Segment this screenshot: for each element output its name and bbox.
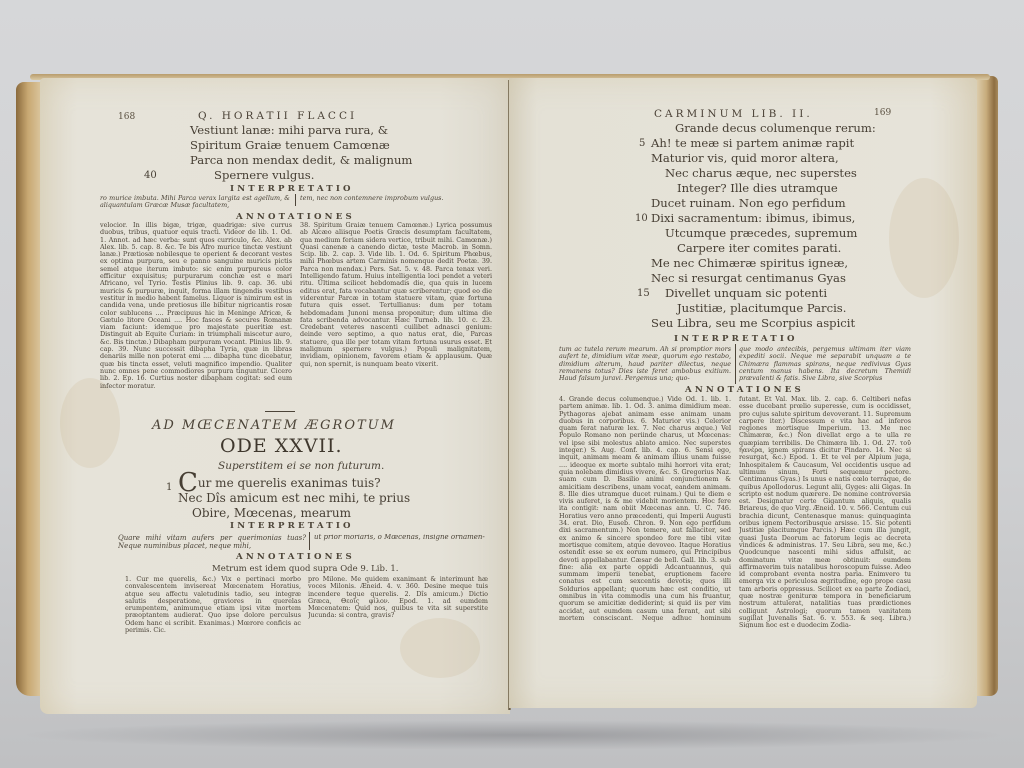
running-head: Q. HORATII FLACCI xyxy=(198,110,357,122)
paper-stain xyxy=(889,178,959,298)
verse-line: 5Ah! te meæ si partem animæ rapit xyxy=(651,136,876,151)
verse-block: Vestiunt lanæ: mihi parva rura, & Spirit… xyxy=(190,123,412,183)
ode-verse-block: 1Cur me querelis exanimas tuis? Nec Dîs … xyxy=(178,476,410,521)
section-rule xyxy=(265,411,295,412)
annotations-right-column: futant. Et Val. Max. lib. 2. cap. 6. Cel… xyxy=(739,396,911,628)
annotations-right-column: 38. Spiritum Graiæ tenuem Camœnæ.) Lyric… xyxy=(300,222,492,392)
left-page: 168 Q. HORATII FLACCI Vestiunt lanæ: mih… xyxy=(40,78,510,714)
page-number: 169 xyxy=(874,108,891,118)
annotations-left-column: velocior. In illis bigæ, trigæ, quadrigæ… xyxy=(100,222,292,405)
ode-annotationes-heading: ANNOTATIONES xyxy=(236,552,355,562)
interpretatio-text-right: que modo antecibis, pergemus ultimam ite… xyxy=(739,346,911,384)
verse-line: Parca non mendax dedit, & malignum xyxy=(190,153,412,168)
verse-line: Vestiunt lanæ: mihi parva rura, & xyxy=(190,123,412,138)
column-divider xyxy=(735,344,736,384)
verse-line: Maturior vis, quid moror altera, xyxy=(651,151,876,166)
running-head: CARMINUM LIB. II. xyxy=(654,108,813,120)
verse-line: Integer? Ille dies utramque xyxy=(651,181,876,196)
ode-dedication: AD MŒCENATEM ÆGROTUM xyxy=(152,418,396,433)
verse-line: 10Dixi sacramentum: ibimus, ibimus, xyxy=(651,211,876,226)
verse-line: Nec Dîs amicum est nec mihi, te prius xyxy=(178,491,410,506)
column-divider xyxy=(309,532,310,550)
interpretatio-text-left: ro murice imbuta. Mihi Parca verax largi… xyxy=(100,195,290,211)
verse-line: Spiritum Graiæ tenuem Camœnæ xyxy=(190,138,412,153)
annotationes-heading: ANNOTATIONES xyxy=(236,212,355,222)
ode-annotations-left: 1. Cur me querelis, &c.) Vix e pertinaci… xyxy=(125,576,301,634)
verse-line: Obire, Mœcenas, mearum xyxy=(178,506,410,521)
paper-stain xyxy=(400,618,480,678)
verse-block: Grande decus columenque rerum: 5Ah! te m… xyxy=(651,121,876,331)
column-divider xyxy=(295,194,296,206)
verse-line: Ducet ruinam. Non ego perfidum xyxy=(651,196,876,211)
verse-line: Justitiæ, placitumque Parcis. xyxy=(651,301,876,316)
interpretatio-heading: INTERPRETATIO xyxy=(674,334,798,344)
interpretatio-text-left: tum ac tutela rerum mearum. Ah si prompt… xyxy=(559,346,731,384)
verse-line: Seu Libra, seu me Scorpius aspicit xyxy=(651,316,876,331)
verse-line: Nec si resurgat centimanus Gyas xyxy=(651,271,876,286)
ode-annotations-right: pro Milone. Me quidem exanimant & interi… xyxy=(308,576,488,620)
verse-line: Grande decus columenque rerum: xyxy=(651,121,876,136)
annotations-left-column: 4. Grande decus columenque.) Vide Od. 1.… xyxy=(559,396,731,622)
verse-line: 15Divellet unquam sic potenti xyxy=(651,286,876,301)
verse-line: Nec charus æque, nec superstes xyxy=(651,166,876,181)
right-page: CARMINUM LIB. II. 169 Grande decus colum… xyxy=(509,78,977,708)
verse-line: 1Cur me querelis exanimas tuis? xyxy=(178,476,410,491)
ode-interpretatio-left: Quare mihi vitam aufers per querimonias … xyxy=(118,534,306,550)
verse-line: Utcumque præcedes, supremum xyxy=(651,226,876,241)
ode-interpretatio-right: ut prior moriaris, o Mœcenas, insigne or… xyxy=(314,534,494,542)
book-shadow xyxy=(18,720,1008,750)
ode-interpretatio-heading: INTERPRETATIO xyxy=(230,521,354,531)
verse-line: 40Spernere vulgus. xyxy=(190,168,412,183)
interpretatio-heading: INTERPRETATIO xyxy=(230,184,354,194)
page-number: 168 xyxy=(118,112,135,122)
verse-line: Carpere iter comites parati. xyxy=(651,241,876,256)
metrum-note: Metrum est idem quod supra Ode 9. Lib. 1… xyxy=(212,564,398,574)
interpretatio-text-right: tem, nec non contemnere improbum vulgus. xyxy=(300,195,500,203)
annotationes-heading: ANNOTATIONES xyxy=(685,385,804,395)
ode-subtitle: Superstitem ei se non futurum. xyxy=(218,460,384,472)
ode-title: ODE XXVII. xyxy=(220,435,343,457)
verse-line: Me nec Chimæræ spiritus igneæ, xyxy=(651,256,876,271)
